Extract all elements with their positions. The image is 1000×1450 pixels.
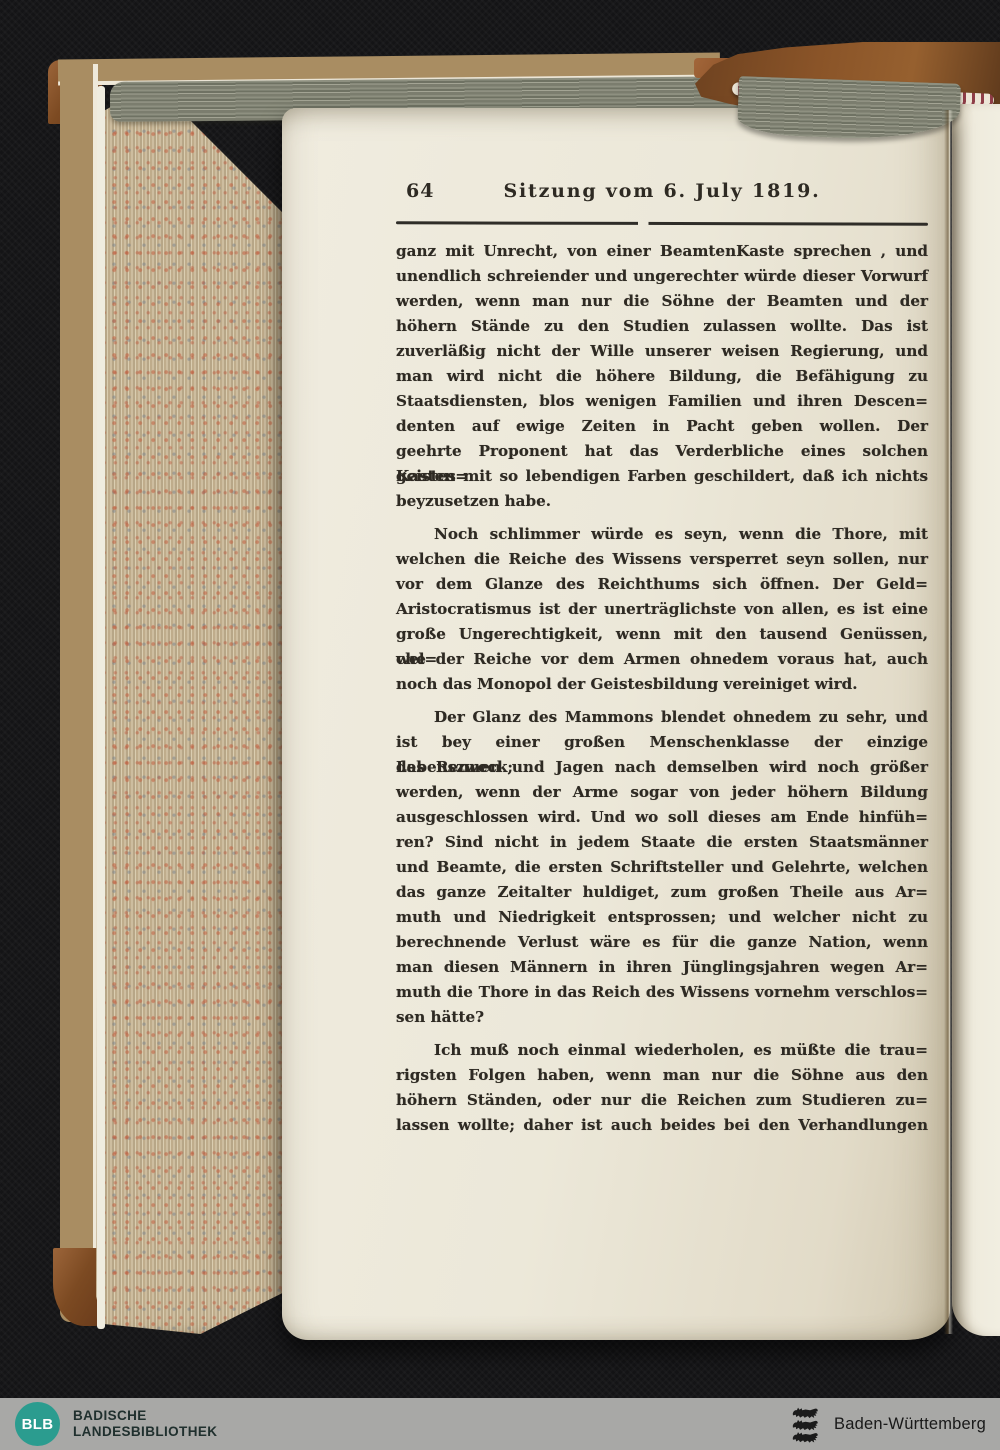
cover-marbled-left-strip bbox=[60, 64, 98, 1322]
text-line: zuverläßig nicht der Wille unserer weise… bbox=[396, 339, 928, 364]
text-line: geehrte Proponent hat das Verderbliche e… bbox=[396, 439, 928, 464]
text-line: ren? Sind nicht in jedem Staate die erst… bbox=[396, 830, 928, 855]
endpaper-edge bbox=[97, 86, 105, 1329]
text-line: unendlich schreiender und ungerechter wü… bbox=[396, 264, 928, 289]
text-line: das Rennen und Jagen nach demselben wird… bbox=[396, 755, 928, 780]
text-line: Ich muß noch einmal wiederholen, es müßt… bbox=[396, 1038, 928, 1063]
facing-page-edge bbox=[952, 104, 1000, 1336]
text-line: man wird nicht die höhere Bildung, die B… bbox=[396, 364, 928, 389]
text-line: muth und Niedrigkeit entsprossen; und we… bbox=[396, 905, 928, 930]
page-text: ganz mit Unrecht, von einer BeamtenKaste… bbox=[396, 239, 928, 1138]
text-line: höhern Ständen, oder nur die Reichen zum… bbox=[396, 1088, 928, 1113]
text-line: beyzusetzen habe. bbox=[396, 489, 928, 514]
library-name-line1: BADISCHE bbox=[73, 1408, 217, 1424]
text-line: werden, wenn man nur die Söhne der Beamt… bbox=[396, 289, 928, 314]
text-line: welchen die Reiche des Wissens versperre… bbox=[396, 547, 928, 572]
text-line: ganz mit Unrecht, von einer BeamtenKaste… bbox=[396, 239, 928, 264]
coat-of-arms-icon bbox=[789, 1404, 821, 1444]
paragraph: Ich muß noch einmal wiederholen, es müßt… bbox=[396, 1038, 928, 1138]
text-line: und Beamte, die ersten Schriftsteller un… bbox=[396, 855, 928, 880]
running-title: Sitzung vom 6. July 1819. bbox=[396, 180, 928, 202]
bw-logo-group[interactable]: Baden-Württemberg bbox=[789, 1404, 986, 1444]
text-line: Der Glanz des Mammons blendet ohnedem zu… bbox=[396, 705, 928, 730]
text-line: lassen wollte; daher ist auch beides bei… bbox=[396, 1113, 928, 1138]
text-line: muth die Thore in das Reich des Wissens … bbox=[396, 980, 928, 1005]
blb-logo-icon[interactable]: BLB bbox=[15, 1402, 60, 1446]
blb-logo-group[interactable]: BLB BADISCHE LANDESBIBLIOTHEK bbox=[15, 1402, 217, 1446]
text-line: werden, wenn der Arme sogar von jeder hö… bbox=[396, 780, 928, 805]
text-line: man diesen Männern in ihren Jünglingsjah… bbox=[396, 955, 928, 980]
text-line: Staatsdiensten, blos wenigen Familien un… bbox=[396, 389, 928, 414]
text-line: ausgeschlossen wird. Und wo soll dieses … bbox=[396, 805, 928, 830]
page-content: 64 Sitzung vom 6. July 1819. ganz mit Un… bbox=[396, 178, 928, 1138]
text-line: sen hätte? bbox=[396, 1005, 928, 1030]
text-line: das ganze Zeitalter huldiget, zum großen… bbox=[396, 880, 928, 905]
paragraph: Noch schlimmer würde es seyn, wenn die T… bbox=[396, 522, 928, 697]
header-rule bbox=[396, 221, 928, 225]
blb-logo-text: BLB bbox=[22, 1416, 54, 1433]
page-header: 64 Sitzung vom 6. July 1819. bbox=[396, 178, 928, 208]
footer-bar: BLB BADISCHE LANDESBIBLIOTHEK Baden-Würt… bbox=[0, 1398, 1000, 1450]
text-line: Noch schlimmer würde es seyn, wenn die T… bbox=[396, 522, 928, 547]
text-line: Aristocratismus ist der unerträglichste … bbox=[396, 597, 928, 622]
text-line: denten auf ewige Zeiten in Pacht geben w… bbox=[396, 414, 928, 439]
text-line: che der Reiche vor dem Armen ohnedem vor… bbox=[396, 647, 928, 672]
region-label: Baden-Württemberg bbox=[834, 1415, 986, 1434]
text-line: berechnende Verlust wäre es für die ganz… bbox=[396, 930, 928, 955]
text-line: höhern Stände zu den Studien zulassen wo… bbox=[396, 314, 928, 339]
text-line: rigsten Folgen haben, wenn man nur die S… bbox=[396, 1063, 928, 1088]
text-line: vor dem Glanze des Reichthums sich öffne… bbox=[396, 572, 928, 597]
library-name: BADISCHE LANDESBIBLIOTHEK bbox=[73, 1408, 217, 1440]
paragraph: Der Glanz des Mammons blendet ohnedem zu… bbox=[396, 705, 928, 1030]
paragraph: ganz mit Unrecht, von einer BeamtenKaste… bbox=[396, 239, 928, 514]
gutter-shadow bbox=[944, 110, 953, 1334]
text-line: große Ungerechtigkeit, wenn mit den taus… bbox=[396, 622, 928, 647]
text-line: noch das Monopol der Geistesbildung vere… bbox=[396, 672, 928, 697]
text-line: ist bey einer großen Menschenklasse der … bbox=[396, 730, 928, 755]
page-block-fore-edge bbox=[96, 78, 286, 1334]
library-name-line2: LANDESBIBLIOTHEK bbox=[73, 1424, 217, 1440]
text-line: geistes mit so lebendigen Farben geschil… bbox=[396, 464, 928, 489]
book-page: 64 Sitzung vom 6. July 1819. ganz mit Un… bbox=[282, 108, 950, 1340]
